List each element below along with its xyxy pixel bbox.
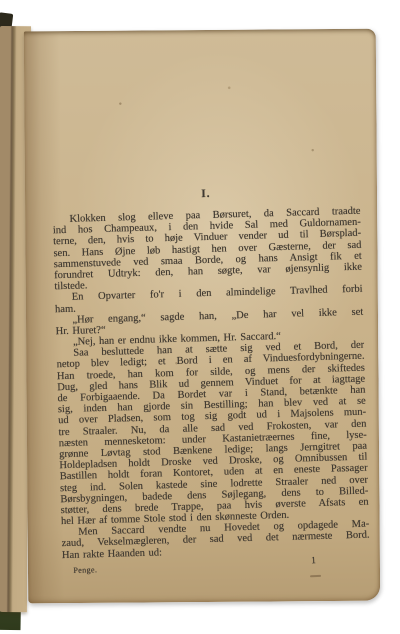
chapter-heading: I. [52, 184, 360, 206]
body-text: Klokken slog elleve paa Børsuret, da Sac… [52, 206, 370, 561]
book-page: I. Klokken slog elleve paa Børsuret, da … [24, 29, 380, 604]
page-text-block: I. Klokken slog elleve paa Børsuret, da … [52, 184, 371, 577]
page-number: 1 [311, 556, 316, 566]
footer-mark [310, 575, 321, 577]
footer-signature: Penge. [73, 565, 97, 575]
